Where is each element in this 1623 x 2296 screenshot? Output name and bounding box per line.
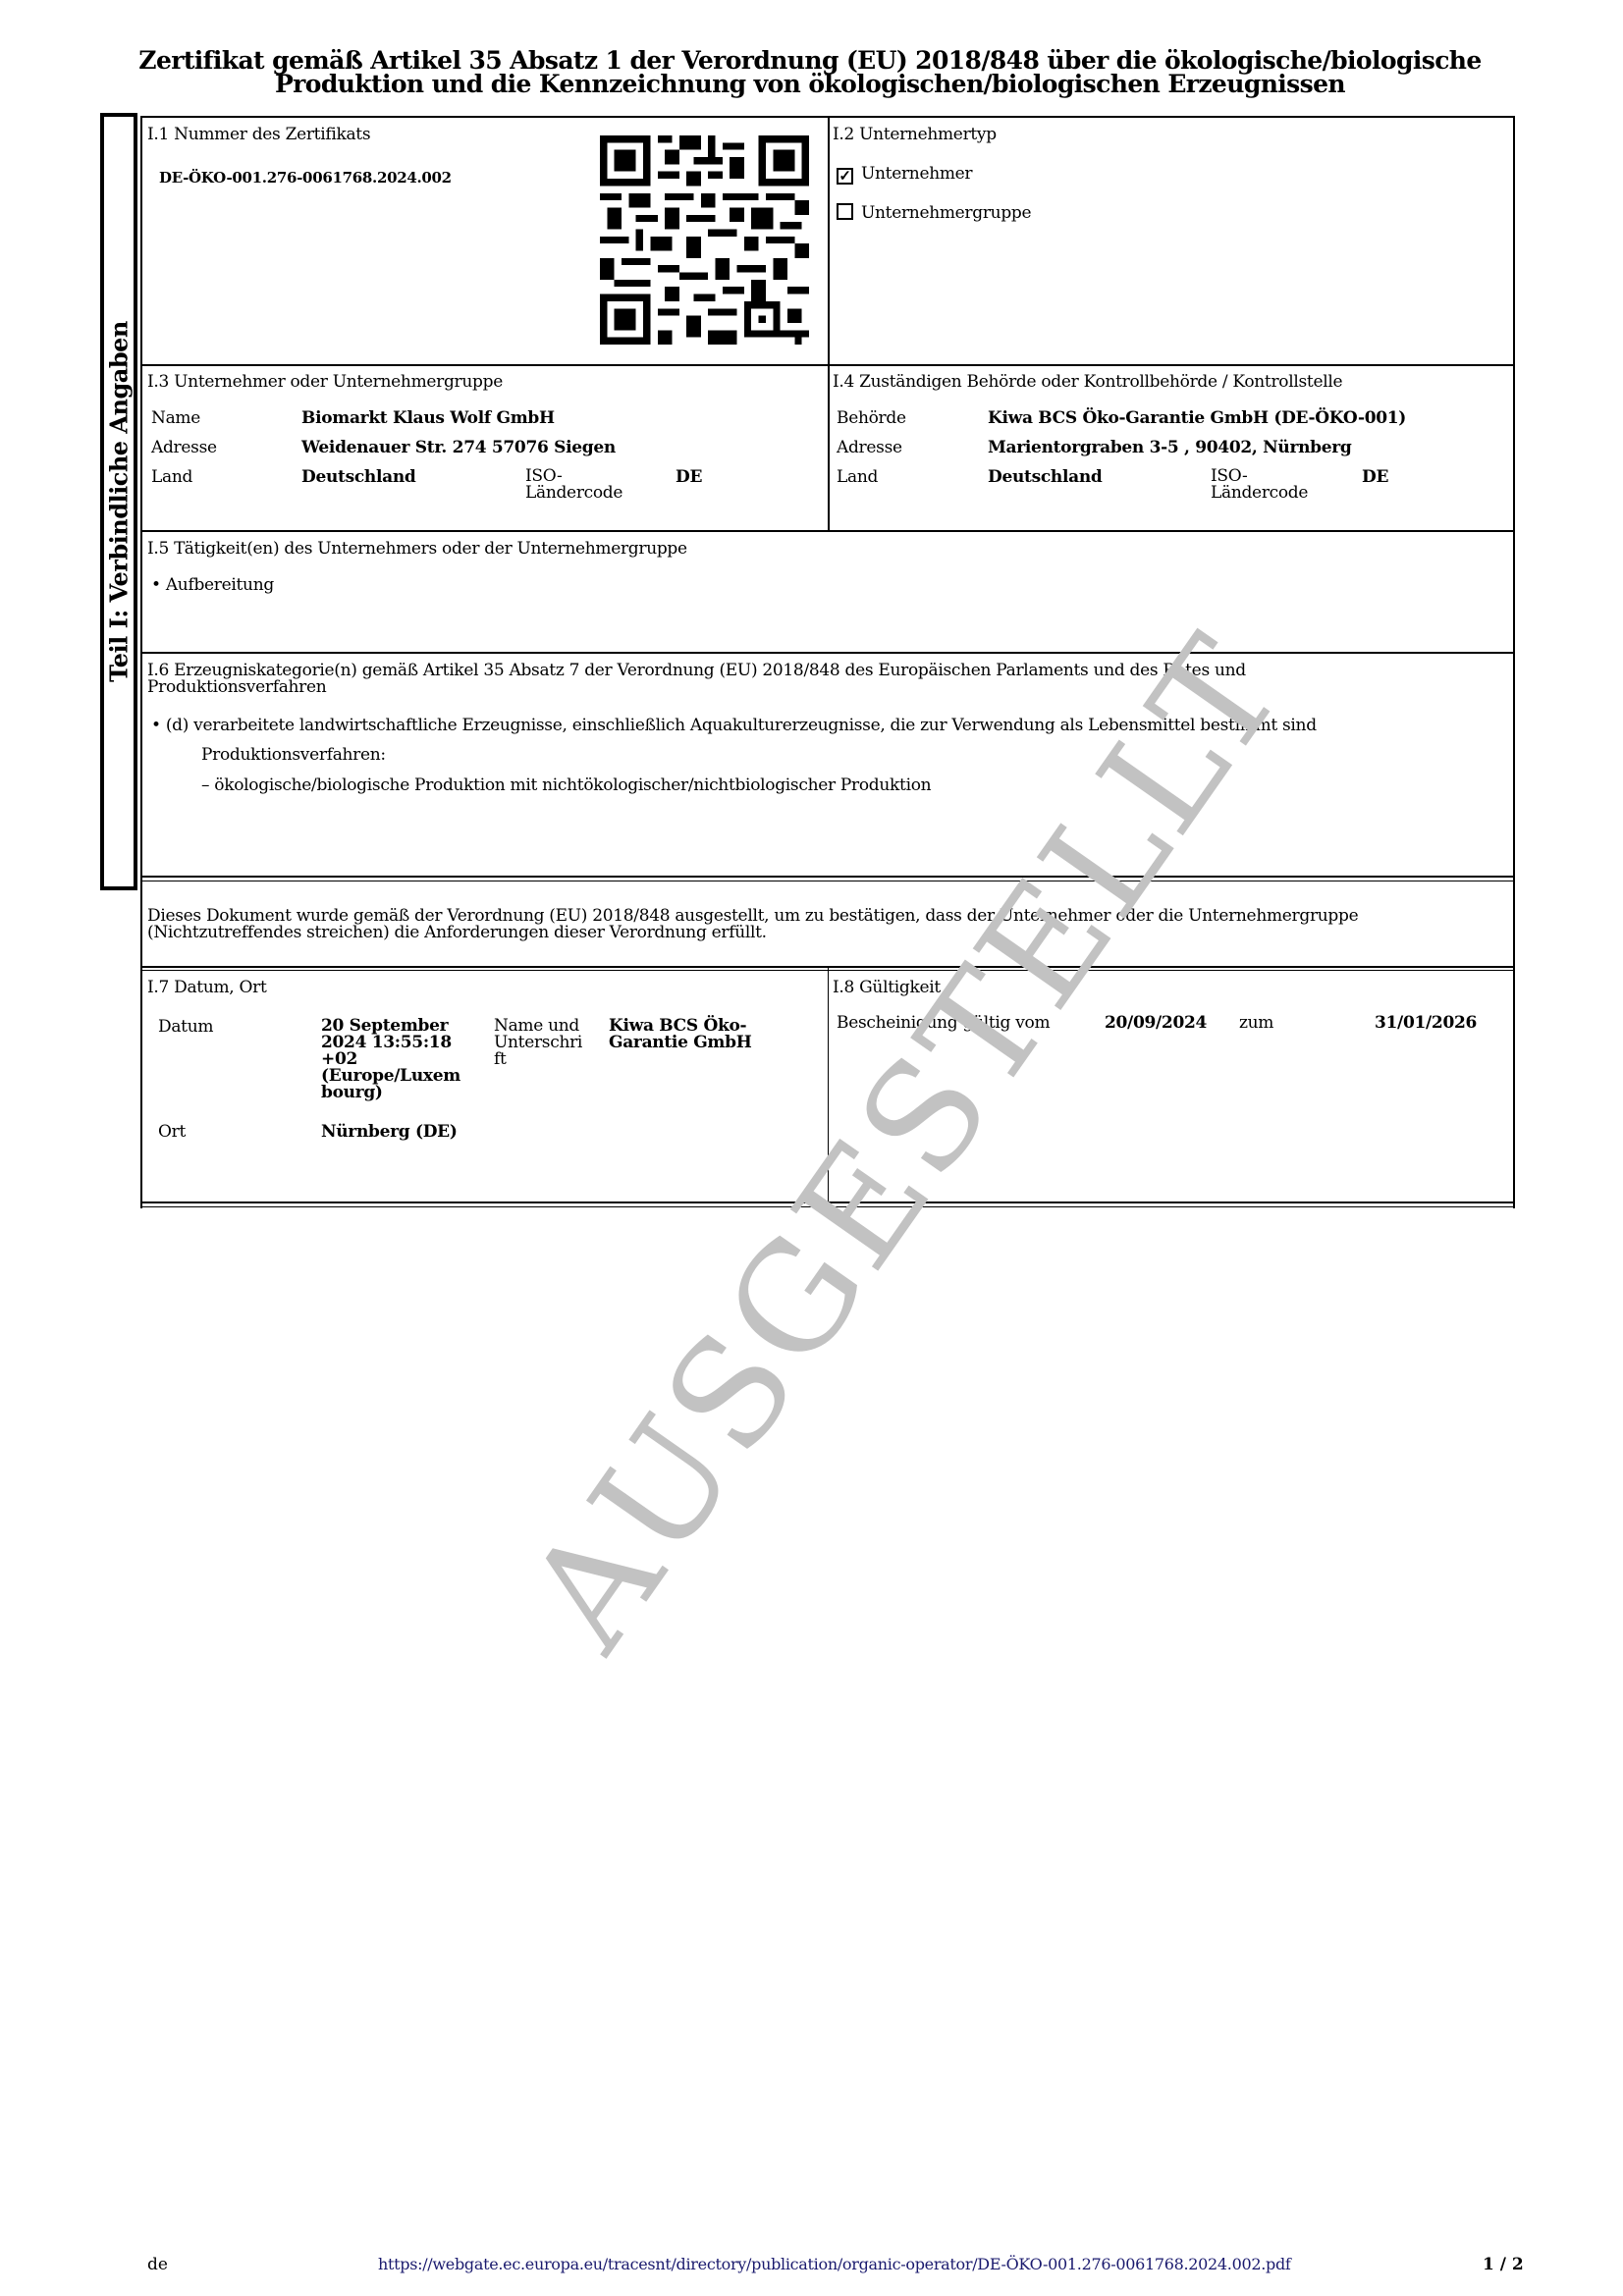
title-line-2: Produktion und die Kennzeichnung von öko… bbox=[98, 73, 1522, 96]
grid-line bbox=[140, 1206, 1515, 1207]
validity-heading: I.8 Gültigkeit bbox=[833, 979, 941, 996]
valid-from-date: 20/09/2024 bbox=[1105, 1014, 1207, 1032]
option-operator-group[interactable]: Unternehmergruppe bbox=[837, 203, 1031, 222]
authority-label: Behörde bbox=[837, 409, 906, 427]
date-label: Datum bbox=[158, 1018, 213, 1036]
conformity-statement: Dieses Dokument wurde gemäß der Verordnu… bbox=[147, 908, 1358, 941]
operator-address-label: Adresse bbox=[151, 439, 217, 456]
option-operator-group-label: Unternehmergruppe bbox=[861, 203, 1031, 223]
grid-line bbox=[140, 652, 1515, 654]
checkbox-checked-icon[interactable]: ✓ bbox=[837, 168, 853, 185]
document-title: Zertifikat gemäß Artikel 35 Absatz 1 der… bbox=[98, 49, 1522, 96]
operator-address: Weidenauer Str. 274 57076 Siegen bbox=[301, 439, 616, 456]
option-operator-label: Unternehmer bbox=[861, 164, 972, 184]
grid-line bbox=[140, 1201, 1515, 1203]
operator-name-label: Name bbox=[151, 409, 200, 427]
operator-iso-label: ISO-Ländercode bbox=[525, 468, 622, 502]
date-place-heading: I.7 Datum, Ort bbox=[147, 979, 267, 996]
issued-watermark: AUSGESTELLT bbox=[496, 608, 1318, 1679]
authority-iso-label: ISO-Ländercode bbox=[1211, 468, 1308, 502]
valid-from-label: Bescheinigung gültig vom bbox=[837, 1014, 1050, 1032]
signer-name: Kiwa BCS Öko-Garantie GmbH bbox=[609, 1018, 751, 1051]
option-operator[interactable]: ✓Unternehmer bbox=[837, 165, 972, 185]
certificate-number: DE-ÖKO-001.276-0061768.2024.002 bbox=[159, 169, 452, 187]
issue-place: Nürnberg (DE) bbox=[321, 1123, 458, 1141]
certificate-number-heading: I.1 Nummer des Zertifikats bbox=[147, 126, 370, 143]
issue-date: 20 September2024 13:55:18+02(Europe/Luxe… bbox=[321, 1018, 460, 1101]
grid-line bbox=[140, 116, 142, 1208]
operator-name: Biomarkt Klaus Wolf GmbH bbox=[301, 409, 555, 427]
grid-line bbox=[828, 968, 829, 1207]
signature-label: Name undUnterschrift bbox=[494, 1018, 582, 1068]
side-tab-label: Teil I: Verbindliche Angaben bbox=[105, 321, 134, 682]
operator-country-label: Land bbox=[151, 468, 192, 486]
product-category-item: • (d) verarbeitete landwirtschaftliche E… bbox=[151, 717, 1317, 734]
operator-type-heading: I.2 Unternehmertyp bbox=[833, 126, 997, 143]
page-number: 1 / 2 bbox=[1483, 2255, 1524, 2274]
operator-country: Deutschland bbox=[301, 468, 415, 486]
authority-address-label: Adresse bbox=[837, 439, 902, 456]
valid-to-label: zum bbox=[1239, 1014, 1273, 1032]
production-method: – ökologische/biologische Produktion mit… bbox=[201, 776, 931, 794]
grid-line bbox=[140, 876, 1515, 878]
place-label: Ort bbox=[158, 1123, 186, 1141]
part-one-side-tab: Teil I: Verbindliche Angaben bbox=[100, 113, 137, 890]
authority-iso-code: DE bbox=[1362, 468, 1388, 486]
grid-line bbox=[1513, 116, 1515, 1208]
authority-address: Marientorgraben 3-5 , 90402, Nürnberg bbox=[988, 439, 1352, 456]
checkbox-unchecked-icon[interactable] bbox=[837, 203, 853, 220]
production-method-label: Produktionsverfahren: bbox=[201, 746, 386, 764]
document-url-link[interactable]: https://webgate.ec.europa.eu/tracesnt/di… bbox=[378, 2255, 1291, 2273]
activity-item: • Aufbereitung bbox=[151, 576, 274, 594]
grid-line bbox=[828, 116, 830, 531]
grid-line bbox=[140, 530, 1515, 532]
authority-country: Deutschland bbox=[988, 468, 1102, 486]
grid-line bbox=[140, 881, 1515, 881]
qr-code-icon[interactable] bbox=[600, 135, 809, 345]
operator-iso-code: DE bbox=[676, 468, 702, 486]
activities-heading: I.5 Tätigkeit(en) des Unternehmers oder … bbox=[147, 540, 687, 558]
footer-language: de bbox=[147, 2255, 168, 2274]
authority-country-label: Land bbox=[837, 468, 878, 486]
authority-name: Kiwa BCS Öko-Garantie GmbH (DE-ÖKO-001) bbox=[988, 409, 1406, 427]
grid-line bbox=[140, 364, 1515, 366]
valid-to-date: 31/01/2026 bbox=[1375, 1014, 1477, 1032]
product-categories-heading: I.6 Erzeugniskategorie(n) gemäß Artikel … bbox=[147, 663, 1246, 696]
footer-url[interactable]: https://webgate.ec.europa.eu/tracesnt/di… bbox=[378, 2255, 1291, 2273]
authority-heading: I.4 Zuständigen Behörde oder Kontrollbeh… bbox=[833, 373, 1342, 391]
operator-heading: I.3 Unternehmer oder Unternehmergruppe bbox=[147, 373, 503, 391]
